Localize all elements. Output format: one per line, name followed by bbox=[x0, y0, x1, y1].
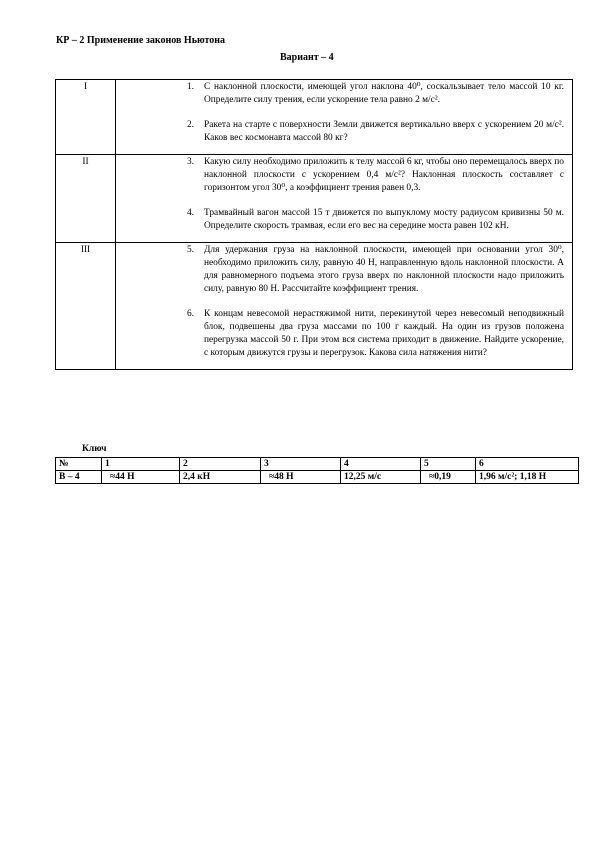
level-label: II bbox=[56, 155, 116, 243]
task-text: С наклонной плоскости, имеющей угол накл… bbox=[204, 81, 564, 107]
level-label: III bbox=[56, 243, 116, 370]
key-header-cell: 1 bbox=[102, 458, 180, 471]
task-text: Для удержания груза на наклонной плоскос… bbox=[204, 244, 564, 296]
tasks-table: I 1. С наклонной плоскости, имеющей угол… bbox=[55, 79, 573, 370]
task-number: 3. bbox=[116, 156, 204, 195]
key-answer-cell: ≈48 Н bbox=[261, 471, 341, 484]
task-item: 6. К концам невесомой нерастяжимой нити,… bbox=[116, 308, 564, 360]
key-answer-cell: 12,25 м/с bbox=[341, 471, 421, 484]
key-answer-cell: 1,96 м/с²; 1,18 Н bbox=[476, 471, 579, 484]
key-answer-cell: В – 4 bbox=[56, 471, 102, 484]
task-text: Трамвайный вагон массой 15 т движется по… bbox=[204, 207, 564, 233]
task-number: 2. bbox=[116, 119, 204, 145]
task-text: Ракета на старте с поверхности Земли дви… bbox=[204, 119, 564, 145]
variant-heading: Вариант – 4 bbox=[280, 52, 334, 63]
task-item: 1. С наклонной плоскости, имеющей угол н… bbox=[116, 81, 564, 107]
level-row: I 1. С наклонной плоскости, имеющей угол… bbox=[56, 80, 573, 155]
key-header-cell: 5 bbox=[421, 458, 476, 471]
task-number: 5. bbox=[116, 244, 204, 296]
task-text: К концам невесомой нерастяжимой нити, пе… bbox=[204, 308, 564, 360]
level-tasks: 1. С наклонной плоскости, имеющей угол н… bbox=[116, 80, 573, 155]
task-number: 4. bbox=[116, 207, 204, 233]
key-header-cell: 4 bbox=[341, 458, 421, 471]
level-row: III 5. Для удержания груза на наклонной … bbox=[56, 243, 573, 370]
level-row: II 3. Какую силу необходимо приложить к … bbox=[56, 155, 573, 243]
answer-key-label: Ключ bbox=[82, 444, 106, 454]
key-header-cell: 3 bbox=[261, 458, 341, 471]
key-answer-cell: ≈0,19 bbox=[421, 471, 476, 484]
task-item: 5. Для удержания груза на наклонной плос… bbox=[116, 244, 564, 296]
task-number: 1. bbox=[116, 81, 204, 107]
task-text: Какую силу необходимо приложить к телу м… bbox=[204, 156, 564, 195]
answer-key-table: № 1 2 3 4 5 6 В – 4 ≈44 Н 2,4 кН ≈48 Н 1… bbox=[55, 457, 579, 484]
task-number: 6. bbox=[116, 308, 204, 360]
task-item: 3. Какую силу необходимо приложить к тел… bbox=[116, 156, 564, 195]
key-header-cell: 6 bbox=[476, 458, 579, 471]
page-title: КР – 2 Применение законов Ньютона bbox=[56, 35, 225, 46]
key-answer-row: В – 4 ≈44 Н 2,4 кН ≈48 Н 12,25 м/с ≈0,19… bbox=[56, 471, 579, 484]
key-answer-cell: 2,4 кН bbox=[180, 471, 261, 484]
key-answer-cell: ≈44 Н bbox=[102, 471, 180, 484]
key-header-cell: № bbox=[56, 458, 102, 471]
task-item: 4. Трамвайный вагон массой 15 т движется… bbox=[116, 207, 564, 233]
level-tasks: 5. Для удержания груза на наклонной плос… bbox=[116, 243, 573, 370]
level-label: I bbox=[56, 80, 116, 155]
task-item: 2. Ракета на старте с поверхности Земли … bbox=[116, 119, 564, 145]
key-header-cell: 2 bbox=[180, 458, 261, 471]
level-tasks: 3. Какую силу необходимо приложить к тел… bbox=[116, 155, 573, 243]
key-header-row: № 1 2 3 4 5 6 bbox=[56, 458, 579, 471]
